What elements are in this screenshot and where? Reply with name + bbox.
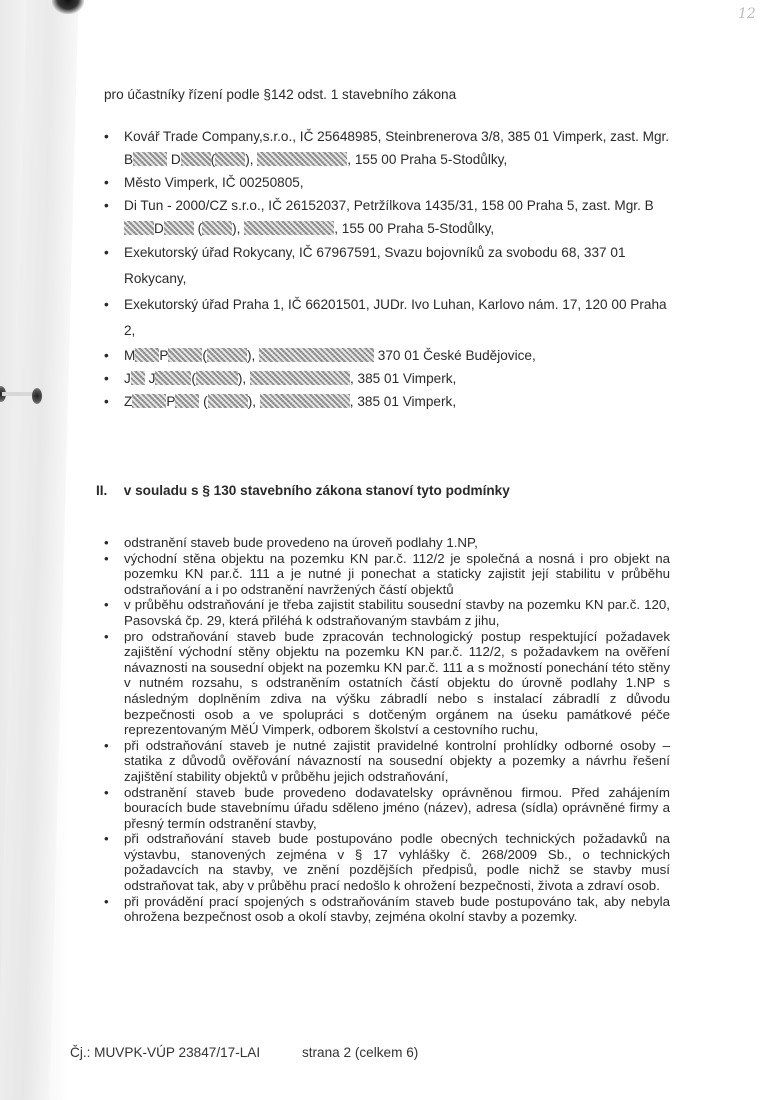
redacted-text <box>260 394 350 408</box>
bullet-icon: • <box>104 629 109 645</box>
condition-text: východní stěna objektu na pozemku KN par… <box>124 551 670 597</box>
participant-item: •Di Tun - 2000/CZ s.r.o., IČ 26152037, P… <box>104 194 676 240</box>
redacted-text <box>208 394 248 408</box>
redacted-text <box>244 221 334 235</box>
scan-corner-artifact <box>52 0 84 14</box>
redacted-text <box>259 348 374 362</box>
bullet-icon: • <box>104 390 109 413</box>
participant-item: •Kovář Trade Company,s.r.o., IČ 25648985… <box>104 125 676 171</box>
participant-item: •MP(), 370 01 České Budějovice, <box>104 344 676 367</box>
condition-text: odstranění staveb bude provedeno dodavat… <box>124 785 670 831</box>
bullet-icon: • <box>104 194 109 217</box>
redacted-text <box>196 371 238 385</box>
condition-item: •při odstraňování staveb je nutné zajist… <box>104 738 670 785</box>
bullet-icon: • <box>104 292 109 318</box>
participant-item: •J J(), , 385 01 Vimperk, <box>104 367 676 390</box>
bullet-icon: • <box>104 240 109 266</box>
redacted-text <box>164 221 194 235</box>
section-number: II. <box>96 483 120 498</box>
redacted-text <box>131 371 145 385</box>
bullet-icon: • <box>104 367 109 390</box>
participants-intro: pro účastníky řízení podle §142 odst. 1 … <box>104 87 456 102</box>
condition-text: při provádění prací spojených s odstraňo… <box>124 894 670 925</box>
bullet-icon: • <box>104 535 109 551</box>
participant-item: •Město Vimperk, IČ 00250805, <box>104 171 676 194</box>
condition-item: •v průběhu odstraňování je třeba zajisti… <box>104 597 670 628</box>
redacted-text <box>207 348 247 362</box>
condition-text: pro odstraňování staveb bude zpracován t… <box>124 629 670 738</box>
condition-text: odstranění staveb bude provedeno na úrov… <box>124 535 478 550</box>
redacted-text <box>181 152 211 166</box>
handwritten-page-number: 12 <box>738 6 756 22</box>
bullet-icon: • <box>104 738 109 754</box>
redacted-text <box>202 221 232 235</box>
bullet-icon: • <box>104 551 109 567</box>
redacted-text <box>135 348 159 362</box>
redacted-text <box>155 371 191 385</box>
binder-clip-icon <box>0 384 42 410</box>
page-footer: Čj.: MUVPK-VÚP 23847/17-LAI strana 2 (ce… <box>70 1045 418 1060</box>
conditions-list: •odstranění staveb bude provedeno na úro… <box>104 535 670 925</box>
participant-item: •Exekutorský úřad Praha 1, IČ 66201501, … <box>104 292 676 344</box>
redacted-text <box>168 348 202 362</box>
condition-item: •pro odstraňování staveb bude zpracován … <box>104 629 670 738</box>
condition-text: při odstraňování staveb bude postupováno… <box>124 831 670 893</box>
section-title: v souladu s § 130 stavebního zákona stan… <box>124 483 510 498</box>
bullet-icon: • <box>104 894 109 910</box>
redacted-text <box>257 152 347 166</box>
condition-item: •odstranění staveb bude provedeno na úro… <box>104 535 670 551</box>
bullet-icon: • <box>104 785 109 801</box>
condition-item: •odstranění staveb bude provedeno dodava… <box>104 785 670 832</box>
redacted-text <box>215 152 245 166</box>
bullet-icon: • <box>104 125 109 148</box>
condition-text: v průběhu odstraňování je třeba zajistit… <box>124 597 670 628</box>
redacted-text <box>132 394 166 408</box>
redacted-text <box>124 221 154 235</box>
participants-list: •Kovář Trade Company,s.r.o., IČ 25648985… <box>104 125 676 413</box>
section-heading: II. v souladu s § 130 stavebního zákona … <box>96 483 510 498</box>
bullet-icon: • <box>104 831 109 847</box>
bullet-icon: • <box>104 171 109 194</box>
condition-text: při odstraňování staveb je nutné zajisti… <box>124 738 670 784</box>
bullet-icon: • <box>104 597 109 613</box>
reference-number: Čj.: MUVPK-VÚP 23847/17-LAI <box>70 1045 260 1060</box>
page-indicator: strana 2 (celkem 6) <box>302 1045 418 1060</box>
redacted-text <box>133 152 167 166</box>
condition-item: •východní stěna objektu na pozemku KN pa… <box>104 551 670 598</box>
participant-item: •ZP (), , 385 01 Vimperk, <box>104 390 676 413</box>
bullet-icon: • <box>104 344 109 367</box>
participant-item: •Exekutorský úřad Rokycany, IČ 67967591,… <box>104 240 676 292</box>
condition-item: •při odstraňování staveb bude postupován… <box>104 831 670 893</box>
redacted-text <box>175 394 199 408</box>
condition-item: •při provádění prací spojených s odstraň… <box>104 894 670 925</box>
redacted-text <box>250 371 350 385</box>
